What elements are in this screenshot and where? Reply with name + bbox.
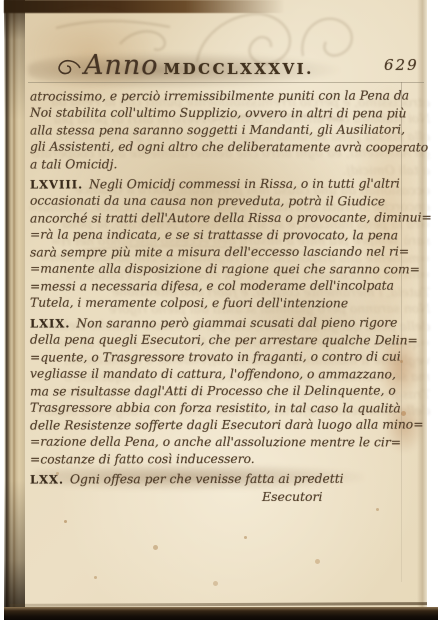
ruled-frame-line-top [28,82,424,83]
manuscript-line: =quente, o Trasgressore trovato in fraga… [30,348,424,366]
book-photo: atrocissimo, e perciò irremissibilmente … [4,0,427,620]
manuscript-line: Noi stabilita coll'ultimo Supplizio, ovv… [30,105,424,123]
manuscript-line: sarà sempre più mite a misura dell'ecces… [30,243,424,261]
page-header: AnnoMDCCLXXXVI. [56,50,314,81]
manuscript-line: alla stessa pena saranno soggetti i Mand… [30,121,424,139]
manuscript-line: a tali Omicidj. [30,155,424,173]
manuscript-line: =costanze di fatto così inducessero. [30,450,424,468]
manuscript-line: delle Resistenze sofferte dagli Esecutor… [30,416,424,434]
section-number: LXX. [30,472,64,486]
manuscript-line: LXX.Ogni offesa per che venisse fatta ai… [30,470,424,488]
manuscript-line: gli Assistenti, ed ogni altro che delibe… [30,139,424,157]
header-flourish-icon [56,56,82,78]
manuscript-text-block: atrocissimo, e perciò irremissibilmente … [30,88,424,488]
section-number: LXVIII. [30,177,83,191]
manuscript-line: vegliasse il mandato di cattura, l'offen… [30,366,424,384]
manuscript-line: =rà la pena indicata, e se si trattasse … [30,227,424,245]
header-anno-label: Anno [84,50,159,81]
header-year-roman: MDCCLXXXVI. [164,60,314,78]
section-text: Ogni offesa per che venisse fatta ai pre… [70,472,344,487]
manuscript-line: Trasgressore abbia con forza resistito, … [30,400,424,418]
book-top-edge-band [4,0,334,13]
section-text: Negli Omicidj commessi in Rissa, o in tu… [89,177,400,192]
manuscript-line: della pena quegli Esecutori, che per arr… [30,332,424,350]
page-number: 629 [384,56,419,74]
section-lxx: LXX.Ogni offesa per che venisse fatta ai… [30,471,424,488]
section-text: Non saranno però giammai scusati dal pie… [76,316,397,331]
section-lxviii: LXVIII.Negli Omicidj commessi in Rissa, … [30,176,424,312]
section-lxix: LXIX.Non saranno però giammai scusati da… [30,315,424,468]
manuscript-line: =manente alla disposizione di ragione qu… [30,261,424,279]
catchword: Esecutori [262,489,323,504]
manuscript-line: ma se risultasse dagl'Atti di Processo c… [30,382,424,400]
manuscript-line: occasionati da una causa non preveduta, … [30,193,424,211]
manuscript-line: =razione della Pena, o anche all'assoluz… [30,434,424,452]
manuscript-line: LXVIII.Negli Omicidj commessi in Rissa, … [30,175,424,193]
manuscript-line: ancorché si tratti dell'Autore della Ris… [30,209,424,227]
manuscript-line: Tutela, i meramente colposi, e fuori del… [30,295,424,313]
book-bottom-edge-band [4,607,438,620]
section-continuation: atrocissimo, e perciò irremissibilmente … [30,88,424,173]
manuscript-line: atrocissimo, e perciò irremissibilmente … [30,87,424,105]
manuscript-line: LXIX.Non saranno però giammai scusati da… [30,314,424,332]
manuscript-photo-page: { "colors": { "paper": "#e9dcbf", "paper… [0,0,438,620]
foxing-speckles [64,520,67,523]
manuscript-line: =messi a necessaria difesa, e col modera… [30,277,424,295]
section-number: LXIX. [30,316,70,330]
